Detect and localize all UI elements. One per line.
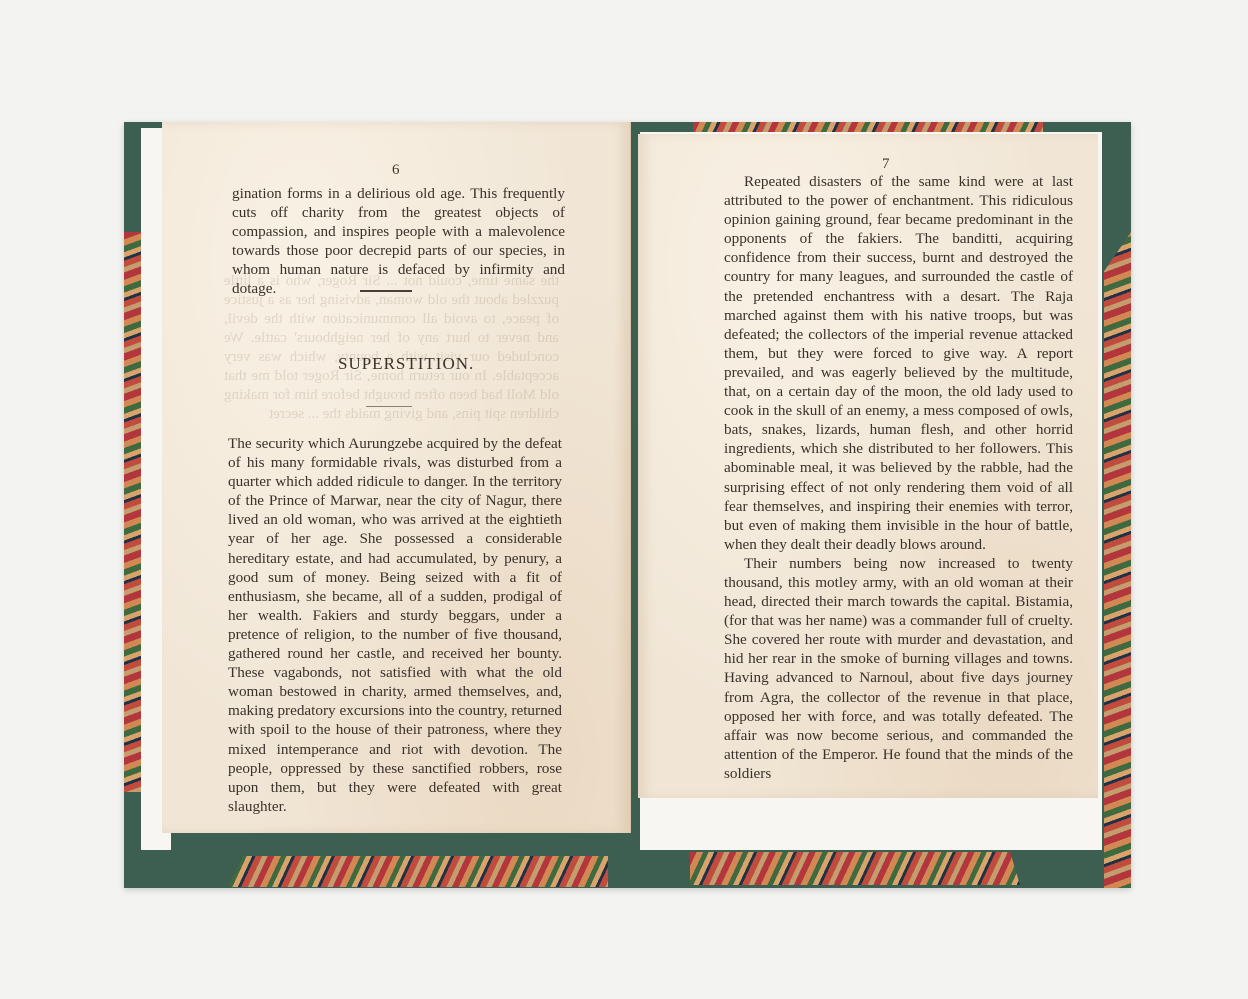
- marbled-paper-bottom-left: [228, 856, 608, 887]
- paragraph: The security which Aurungzebe acquired b…: [228, 434, 562, 816]
- page-number-left: 6: [392, 162, 400, 179]
- section-heading: SUPERSTITION.: [338, 354, 474, 374]
- paragraph: gination forms in a delirious old age. T…: [232, 184, 565, 299]
- marbled-paper-right-edge: [1104, 232, 1131, 888]
- marbled-paper-left-edge: [124, 232, 141, 792]
- page-number-right: 7: [882, 156, 890, 173]
- paragraph: Repeated disasters of the same kind were…: [724, 172, 1073, 554]
- left-page-opening-paragraph: gination forms in a delirious old age. T…: [232, 184, 565, 299]
- left-page: the same time, could not ... Sir Roger, …: [162, 122, 631, 833]
- marbled-paper-bottom-right: [690, 852, 1020, 885]
- paragraph: Their numbers being now increased to twe…: [724, 554, 1073, 783]
- right-page-body: Repeated disasters of the same kind were…: [724, 172, 1073, 783]
- ornamental-rule-bottom: [366, 406, 412, 407]
- ornamental-rule-top: [360, 290, 412, 292]
- right-page: 7 Repeated disasters of the same kind we…: [638, 134, 1098, 798]
- left-page-body-paragraph: The security which Aurungzebe acquired b…: [228, 434, 562, 816]
